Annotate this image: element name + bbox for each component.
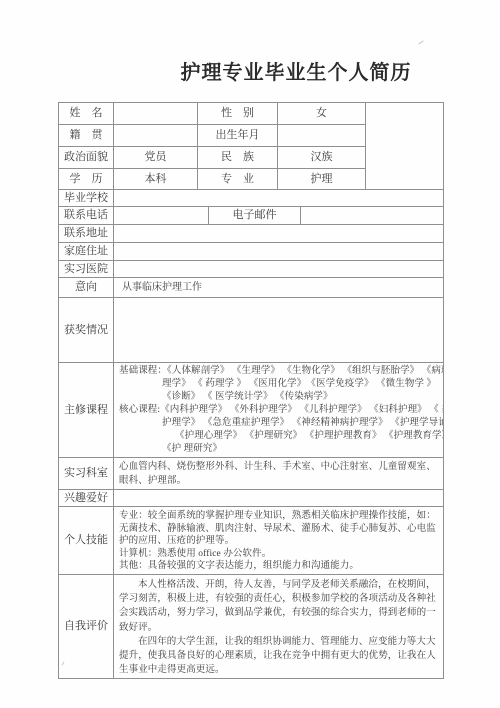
gender-label: 性 别: [198, 103, 278, 125]
email-label: 电子邮件: [209, 207, 301, 225]
education-value: 本科: [114, 169, 198, 190]
political-status-label: 政治面貌: [59, 147, 114, 169]
self-evaluation-value: 本人性格活泼、开朗，待人友善，与同学及老师关系融洽，在校期间，学习刻苦，积极上进…: [114, 574, 444, 678]
gender-value: 女: [278, 103, 366, 125]
row-phone-email: 联系电话 电子邮件: [59, 207, 444, 225]
major-value: 护理: [278, 169, 366, 190]
row-home-address: 家庭住址: [59, 243, 444, 261]
course-line: 核心课程:《内科护理学》 《外科护理学》 《儿科护理学》 《妇科护理》 《 基础: [119, 404, 438, 417]
contact-address-value: [114, 225, 444, 243]
skills-label: 个人技能: [59, 507, 114, 575]
awards-value: [114, 298, 444, 363]
political-status-value: 党员: [114, 147, 198, 169]
skill-item: 专业：较全面系统的掌握护理专业知识，熟悉相关临床护理操作技能，如：无菌技术、静脉…: [119, 510, 438, 548]
native-place-value: [114, 125, 198, 147]
intention-label: 意向: [59, 278, 114, 298]
birth-date-label: 出生年月: [198, 125, 278, 147]
native-place-label: 籍 贯: [59, 125, 114, 147]
self-evaluation-label: 自我评价: [59, 574, 114, 678]
skill-item: 其他：具备较强的文字表达能力，组织能力和沟通能力。: [119, 560, 438, 573]
hobbies-value: [114, 490, 444, 507]
row-hobbies: 兴趣爱好: [59, 490, 444, 507]
email-value: [301, 207, 444, 225]
departments-value: 心血管内科、烧伤整形外科、计生科、手术室、中心注射室、儿童留观室、眼科、护理部。: [114, 458, 444, 490]
course-line: 《护理心理学》 《护理研究》 《护理护理教育》 《护理教育学》: [119, 430, 438, 443]
row-name-gender: 姓 名 性 别 女: [59, 103, 444, 125]
phone-value: [114, 207, 209, 225]
phone-label: 联系电话: [59, 207, 114, 225]
scan-artifact-mark: [418, 40, 423, 44]
name-value: [114, 103, 198, 125]
skill-item: 计算机：熟悉使用 office 办公软件。: [119, 548, 438, 561]
row-courses: 主修课程 基础课程：《人体解剖学》 《生理学》 《生物化学》 《组织与胚胎学》 …: [59, 363, 444, 458]
resume-table: 姓 名 性 别 女 籍 贯 出生年月 政治面貌 党员 民 族 汉族 学 历 本科…: [58, 102, 444, 679]
course-line: 《诊断》 《 医学统计学》 《传染病学》: [119, 391, 438, 404]
internship-hospital-label: 实习医院: [59, 261, 114, 278]
course-line: 《护 理研究》: [119, 443, 438, 456]
ethnicity-value: 汉族: [278, 147, 366, 169]
course-line: 理学》 《 药理学 》 《医用化学》 《医学免疫学》 《微生物学 》: [119, 378, 438, 391]
course-line: 基础课程：《人体解剖学》 《生理学》 《生物化学》 《组织与胚胎学》 《病理生: [119, 365, 438, 378]
photo-cell: [366, 103, 444, 190]
birth-date-value: [278, 125, 366, 147]
row-intention: 意向 从事临床护理工作: [59, 278, 444, 298]
row-internship-hospital: 实习医院: [59, 261, 444, 278]
self-evaluation-paragraph: 在四年的大学生涯，让我的组织协调能力、管理能力、应变能力等大大提升，使我具备良好…: [119, 635, 438, 678]
awards-label: 获奖情况: [59, 298, 114, 363]
major-label: 专 业: [198, 169, 278, 190]
internship-hospital-value: [114, 261, 444, 278]
intention-value: 从事临床护理工作: [114, 278, 444, 298]
row-contact-address: 联系地址: [59, 225, 444, 243]
row-self-evaluation: 自我评价 本人性格活泼、开朗，待人友善，与同学及老师关系融洽，在校期间，学习刻苦…: [59, 574, 444, 678]
resume-document-page: 护理专业毕业生个人简历 姓 名 性 别 女 籍 贯 出生年月 政治面貌 党员 民…: [0, 0, 500, 708]
education-label: 学 历: [59, 169, 114, 190]
row-departments: 实习科室 心血管内科、烧伤整形外科、计生科、手术室、中心注射室、儿童留观室、眼科…: [59, 458, 444, 490]
course-line: 护理学》 《急危重症护理学》 《神经精神病护理学》 《护理学导论》: [119, 417, 438, 430]
row-skills: 个人技能 专业：较全面系统的掌握护理专业知识，熟悉相关临床护理操作技能，如：无菌…: [59, 507, 444, 575]
name-label: 姓 名: [59, 103, 114, 125]
home-address-value: [114, 243, 444, 261]
contact-address-label: 联系地址: [59, 225, 114, 243]
school-label: 毕业学校: [59, 190, 114, 207]
self-evaluation-paragraph: 本人性格活泼、开朗，待人友善，与同学及老师关系融洽，在校期间，学习刻苦，积极上进…: [119, 578, 438, 635]
departments-label: 实习科室: [59, 458, 114, 490]
ethnicity-label: 民 族: [198, 147, 278, 169]
skills-value: 专业：较全面系统的掌握护理专业知识，熟悉相关临床护理操作技能，如：无菌技术、静脉…: [114, 507, 444, 575]
courses-label: 主修课程: [59, 363, 114, 458]
courses-value: 基础课程：《人体解剖学》 《生理学》 《生物化学》 《组织与胚胎学》 《病理生 …: [114, 363, 444, 458]
row-school: 毕业学校: [59, 190, 444, 207]
school-value: [114, 190, 444, 207]
row-awards: 获奖情况: [59, 298, 444, 363]
page-title: 护理专业毕业生个人简历: [92, 56, 500, 85]
hobbies-label: 兴趣爱好: [59, 490, 114, 507]
home-address-label: 家庭住址: [59, 243, 114, 261]
